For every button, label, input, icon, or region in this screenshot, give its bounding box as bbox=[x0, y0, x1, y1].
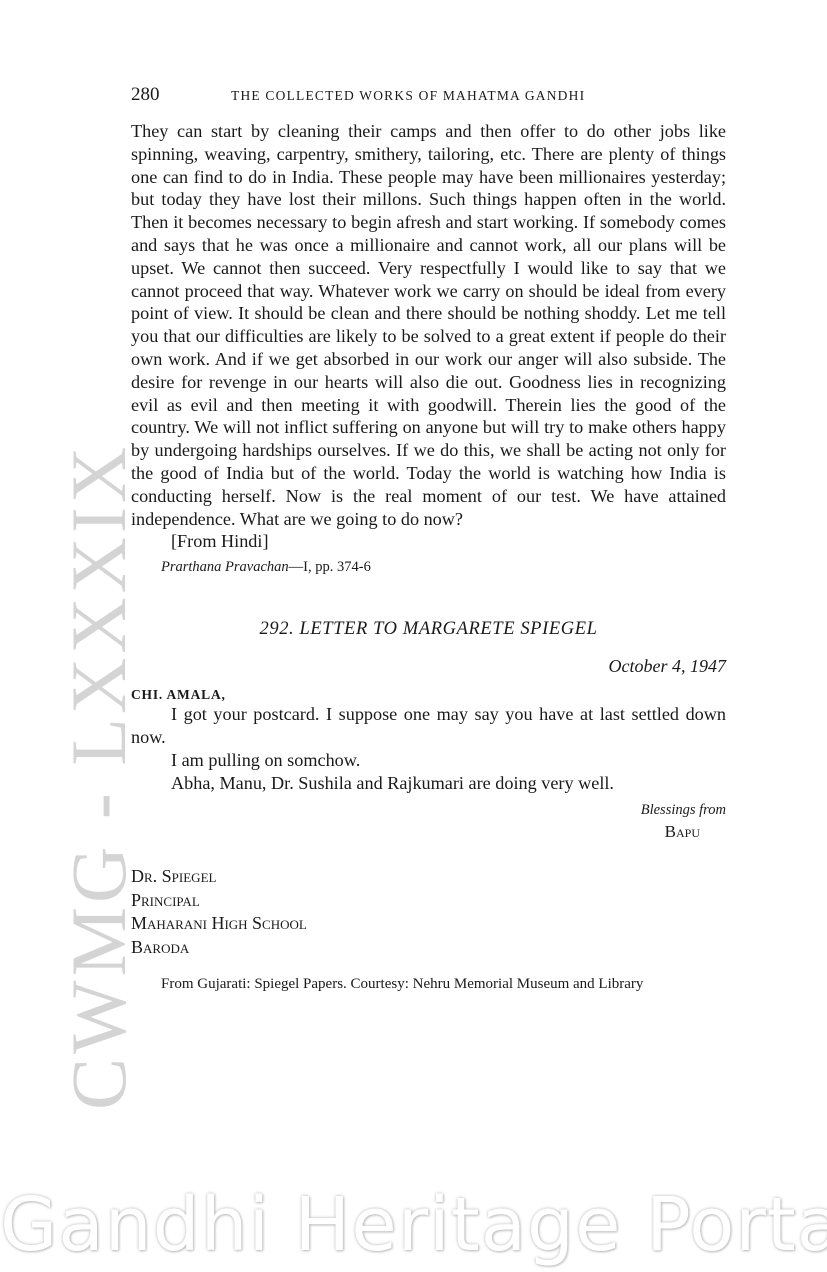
running-title: THE COLLECTED WORKS OF MAHATMA GANDHI bbox=[231, 88, 585, 104]
address-line: Baroda bbox=[131, 936, 726, 960]
speech-paragraph: They can start by cleaning their camps a… bbox=[131, 120, 726, 530]
source-title: Prarthana Pravachan bbox=[161, 559, 289, 575]
source-pages: —I, pp. 374-6 bbox=[289, 559, 371, 575]
letter-closing: Blessings from bbox=[131, 799, 726, 821]
letter-date: October 4, 1947 bbox=[131, 656, 726, 677]
side-watermark: CWMG - LXXXIX bbox=[60, 443, 138, 1110]
letter-source-note: From Gujarati: Spiegel Papers. Courtesy:… bbox=[131, 973, 726, 995]
address-line: Principal bbox=[131, 889, 726, 913]
page-number: 280 bbox=[131, 84, 231, 106]
address-line: Maharani High School bbox=[131, 912, 726, 936]
portal-watermark: Gandhi Heritage Portal bbox=[0, 1182, 827, 1268]
letter-salutation: Chi. Amala, bbox=[131, 687, 726, 703]
letter-paragraph: I am pulling on somchow. bbox=[131, 749, 726, 772]
speech-source: Prarthana Pravachan—I, pp. 374-6 bbox=[131, 557, 726, 577]
running-header: 280 THE COLLECTED WORKS OF MAHATMA GANDH… bbox=[131, 84, 726, 110]
letter-paragraph: I got your postcard. I suppose one may s… bbox=[131, 703, 726, 749]
speech-body: They can start by cleaning their camps a… bbox=[131, 120, 726, 553]
recipient-address: Dr. Spiegel Principal Maharani High Scho… bbox=[131, 865, 726, 959]
letter-signature: Bapu bbox=[131, 821, 726, 843]
letter-title: 292. LETTER TO MARGARETE SPIEGEL bbox=[131, 619, 726, 640]
translation-note: [From Hindi] bbox=[131, 530, 726, 553]
letter-paragraph: Abha, Manu, Dr. Sushila and Rajkumari ar… bbox=[131, 772, 726, 795]
letter-body: I got your postcard. I suppose one may s… bbox=[131, 703, 726, 795]
address-line: Dr. Spiegel bbox=[131, 865, 726, 889]
document-page: 280 THE COLLECTED WORKS OF MAHATMA GANDH… bbox=[131, 84, 726, 995]
